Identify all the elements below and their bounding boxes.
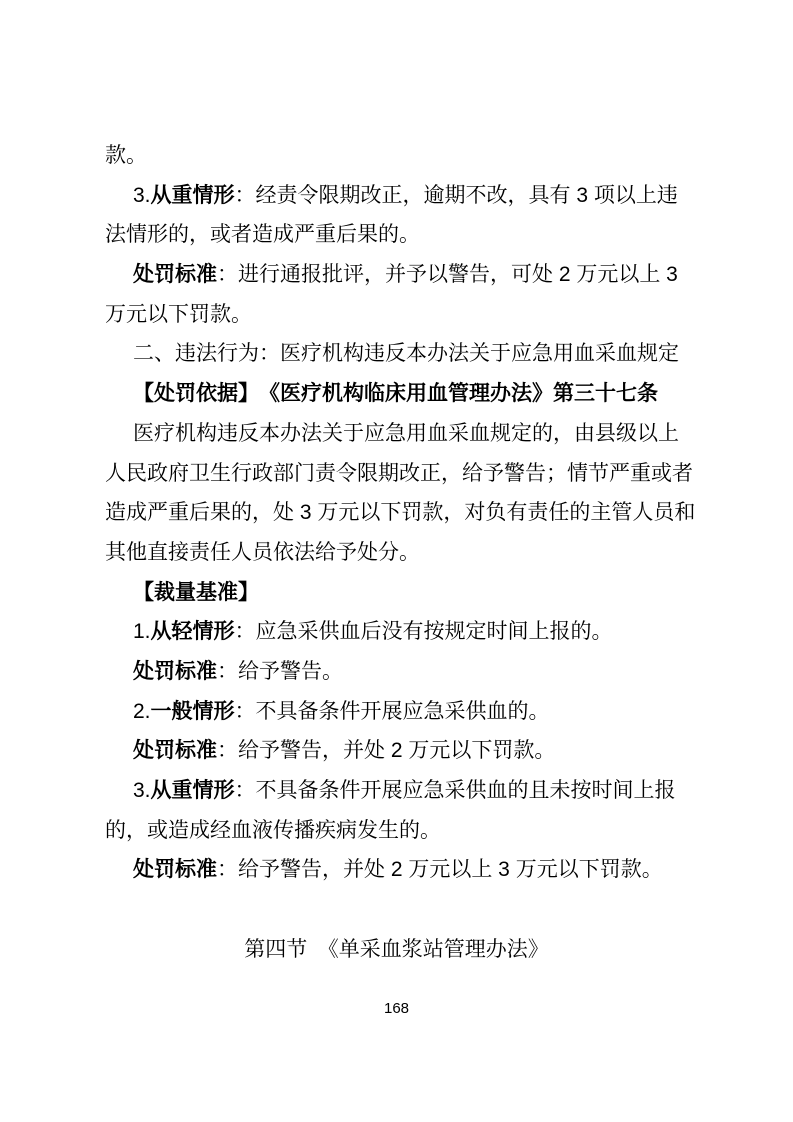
bold-text-segment: 一般情形 <box>151 700 235 723</box>
text-line: 处罚标准：给予警告。 <box>105 652 702 692</box>
text-line: 2.一般情形：不具备条件开展应急采供血的。 <box>105 692 702 732</box>
text-segment: ：经责令限期改正，逾期不改，具有 3 项以上违 <box>235 184 678 207</box>
text-segment: ：应急采供血后没有按规定时间上报的。 <box>235 620 613 643</box>
text-segment: 万元以下罚款。 <box>105 303 252 326</box>
text-line: 处罚标准：给予警告，并处 2 万元以上 3 万元以下罚款。 <box>105 850 702 890</box>
bold-text-segment: 从重情形 <box>151 184 235 207</box>
text-line: 款。 <box>105 136 702 176</box>
document-body: 款。3.从重情形：经责令限期改正，逾期不改，具有 3 项以上违法情形的，或者造成… <box>105 136 702 890</box>
document-page: 款。3.从重情形：经责令限期改正，逾期不改，具有 3 项以上违法情形的，或者造成… <box>0 0 793 1122</box>
bold-text-segment: 处罚标准 <box>133 263 217 286</box>
text-line: 处罚标准：进行通报批评，并予以警告，可处 2 万元以上 3 <box>105 255 702 295</box>
text-segment: 医疗机构违反本办法关于应急用血采血规定的，由县级以上 <box>133 422 679 445</box>
text-line: 3.从重情形：不具备条件开展应急采供血的且未按时间上报 <box>105 771 702 811</box>
bold-text-segment: 处罚标准 <box>133 858 217 881</box>
bold-text-segment: 从轻情形 <box>151 620 235 643</box>
text-segment: ：不具备条件开展应急采供血的。 <box>235 700 550 723</box>
text-line: 医疗机构违反本办法关于应急用血采血规定的，由县级以上 <box>105 414 702 454</box>
text-line: 万元以下罚款。 <box>105 295 702 335</box>
text-segment: 的，或造成经血液传播疾病发生的。 <box>105 819 441 842</box>
text-segment: 3. <box>133 184 151 207</box>
bold-text-segment: 处罚标准 <box>133 660 217 683</box>
text-line: 3.从重情形：经责令限期改正，逾期不改，具有 3 项以上违 <box>105 176 702 216</box>
bold-text-segment: 处罚标准 <box>133 739 217 762</box>
text-line: 【处罚依据】 《医疗机构临床用血管理办法》第三十七条 <box>105 374 702 414</box>
text-line: 1.从轻情形：应急采供血后没有按规定时间上报的。 <box>105 612 702 652</box>
text-line: 的，或造成经血液传播疾病发生的。 <box>105 811 702 851</box>
page-number: 168 <box>0 1001 793 1017</box>
text-segment: 造成严重后果的，处 3 万元以下罚款，对负有责任的主管人员和 <box>105 501 695 524</box>
text-segment: ：给予警告。 <box>217 660 343 683</box>
bold-text-segment: 【处罚依据】 《医疗机构临床用血管理办法》第三十七条 <box>133 382 658 405</box>
text-segment: 1. <box>133 620 151 643</box>
bold-text-segment: 从重情形 <box>151 779 235 802</box>
text-line: 其他直接责任人员依法给予处分。 <box>105 533 702 573</box>
text-segment: 3. <box>133 779 151 802</box>
text-line: 处罚标准：给予警告，并处 2 万元以下罚款。 <box>105 731 702 771</box>
text-line: 造成严重后果的，处 3 万元以下罚款，对负有责任的主管人员和 <box>105 493 702 533</box>
text-segment: 法情形的，或者造成严重后果的。 <box>105 223 420 246</box>
bold-text-segment: 【裁量基准】 <box>133 581 259 604</box>
text-segment: 2. <box>133 700 151 723</box>
section-heading: 第四节 《单采血浆站管理办法》 <box>0 930 793 970</box>
text-line: 法情形的，或者造成严重后果的。 <box>105 215 702 255</box>
text-segment: 二、违法行为：医疗机构违反本办法关于应急用血采血规定 <box>133 342 679 365</box>
text-segment: ：给予警告，并处 2 万元以上 3 万元以下罚款。 <box>217 858 663 881</box>
text-line: 二、违法行为：医疗机构违反本办法关于应急用血采血规定 <box>105 334 702 374</box>
text-segment: 款。 <box>105 144 147 167</box>
text-line: 人民政府卫生行政部门责令限期改正，给予警告；情节严重或者 <box>105 454 702 494</box>
text-segment: ：给予警告，并处 2 万元以下罚款。 <box>217 739 555 762</box>
text-segment: ：不具备条件开展应急采供血的且未按时间上报 <box>235 779 676 802</box>
text-segment: 其他直接责任人员依法给予处分。 <box>105 541 420 564</box>
text-line: 【裁量基准】 <box>105 573 702 613</box>
text-segment: 人民政府卫生行政部门责令限期改正，给予警告；情节严重或者 <box>105 462 693 485</box>
text-segment: ：进行通报批评，并予以警告，可处 2 万元以上 3 <box>217 263 678 286</box>
